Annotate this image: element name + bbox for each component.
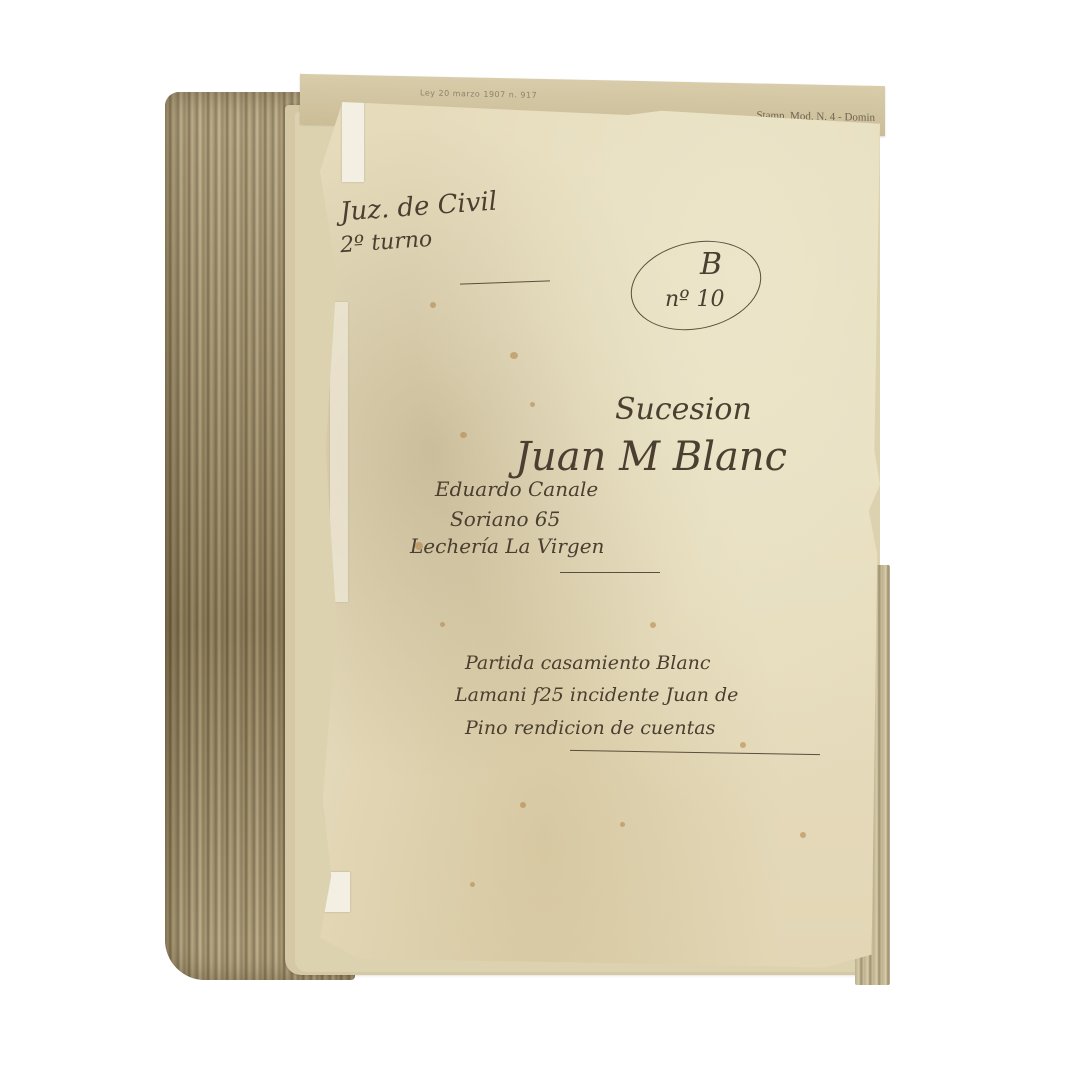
foxing-stain [440, 622, 445, 627]
foxing-stain [460, 432, 467, 438]
bottom-note-line1: Partida casamiento Blanc [465, 652, 711, 674]
photo-scene: Ley 20 marzo 1907 n. 917 Stamp. Mod. N. … [0, 0, 1080, 1080]
printed-header-left: Ley 20 marzo 1907 n. 917 [420, 88, 537, 99]
title-sucesion: Sucesion [615, 392, 752, 427]
bottom-note-line3: Pino rendicion de cuentas [465, 717, 715, 739]
note-address: Soriano 65 [450, 507, 560, 531]
ink-flourish [460, 280, 550, 284]
ink-underline [570, 750, 820, 755]
torn-paper-fragment [342, 102, 364, 182]
handwriting-turn: 2º turno [339, 227, 433, 258]
torn-paper-fragment [330, 302, 348, 602]
foxing-stain [430, 302, 436, 308]
foxing-stain [650, 622, 656, 628]
title-name: Juan M Blanc [515, 434, 787, 480]
handwriting-court: Juz. de Civil [339, 187, 498, 228]
foxing-stain [510, 352, 518, 359]
ink-flourish [560, 572, 660, 573]
bottom-note-line2: Lamani f25 incidente Juan de [455, 684, 738, 706]
foxing-stain [740, 742, 746, 748]
foxing-stain [620, 822, 625, 827]
cover-sheet: Juz. de Civil 2º turno B nº 10 Sucesion … [320, 102, 880, 972]
note-name: Eduardo Canale [435, 477, 598, 501]
case-mark-number: nº 10 [665, 287, 725, 312]
case-mark-oval [622, 229, 769, 342]
foxing-stain [520, 802, 526, 808]
case-mark-letter: B [700, 247, 722, 282]
note-business: Lechería La Virgen [410, 534, 604, 558]
foxing-stain [800, 832, 806, 838]
foxing-stain [470, 882, 475, 887]
foxing-stain [530, 402, 535, 407]
